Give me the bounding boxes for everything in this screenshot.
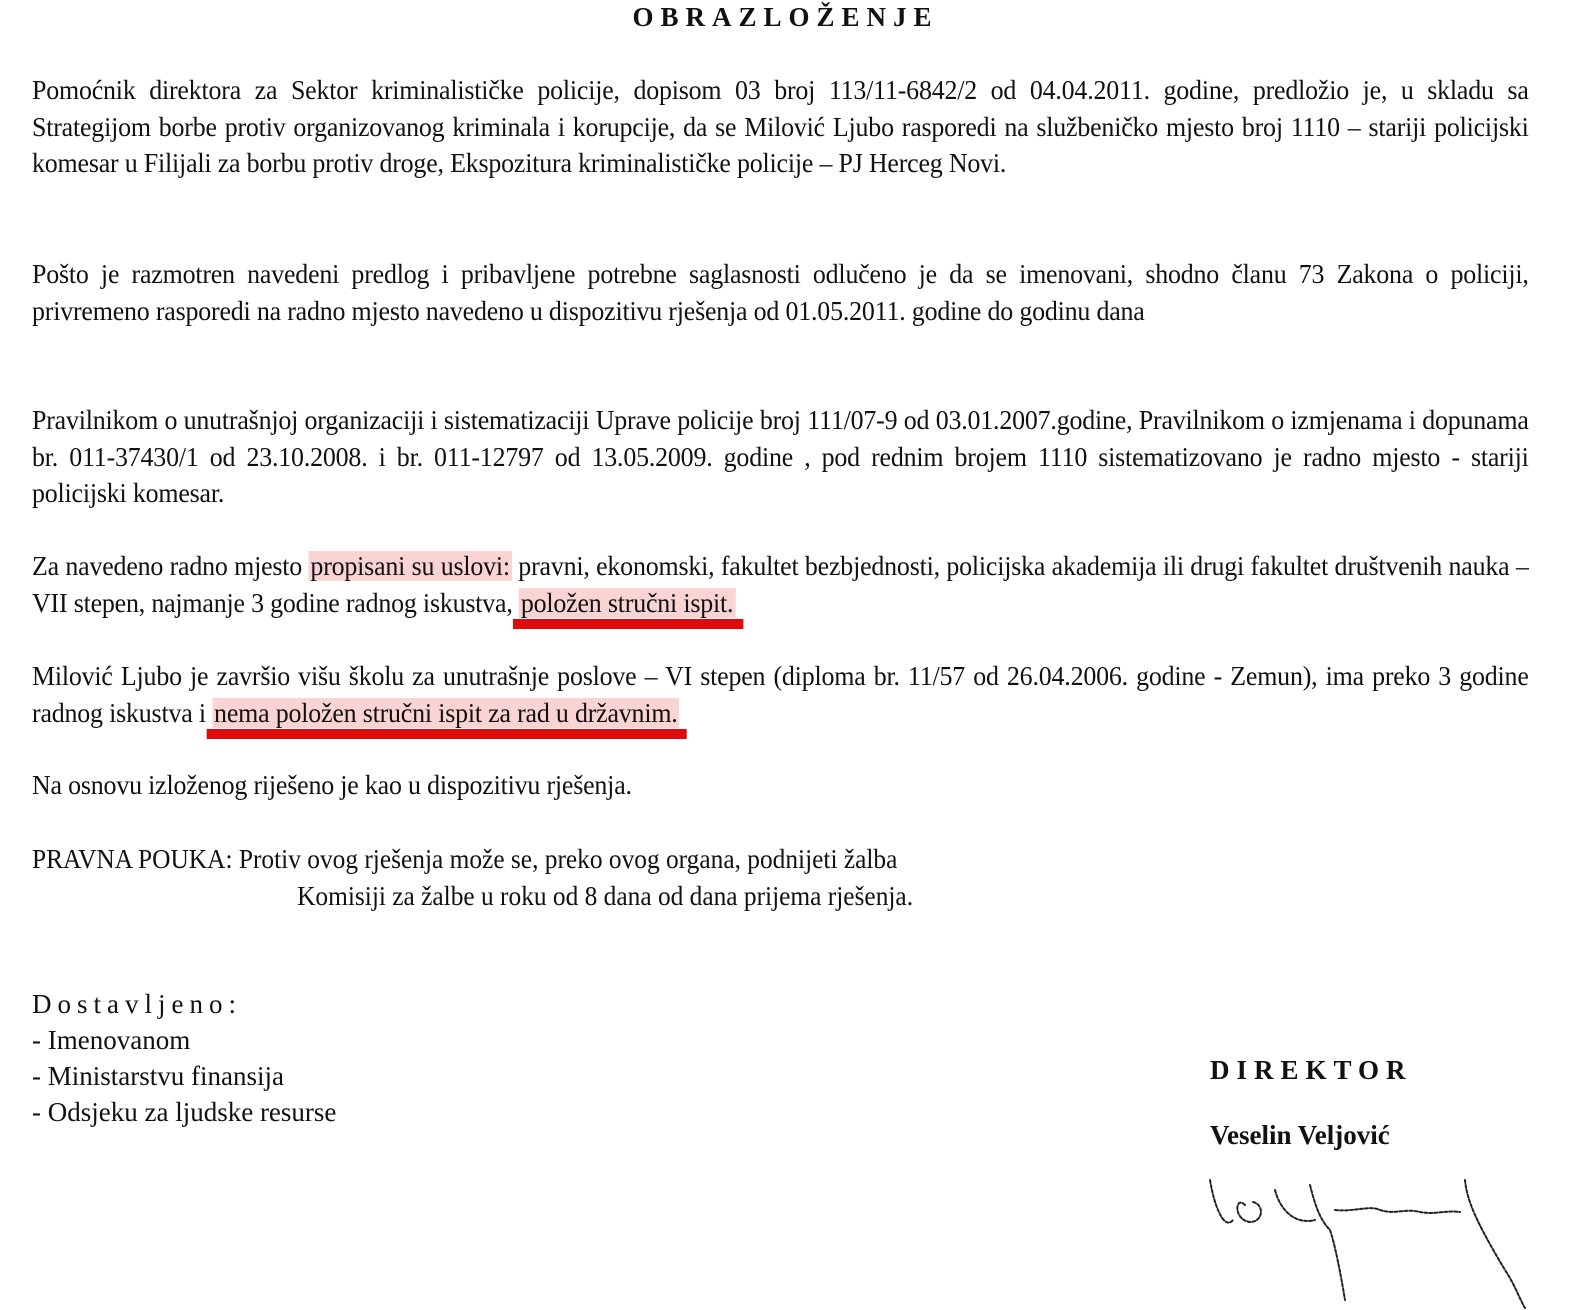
highlight-requirements: propisani su uslovi:: [309, 551, 512, 581]
highlight-exam-missing: nema položen stručni ispit za rad u drža…: [212, 698, 679, 728]
highlight-exam-required: položen stručni ispit.: [519, 588, 735, 618]
paragraph-requirements: Za navedeno radno mjesto propisani su us…: [32, 548, 1529, 621]
paragraph-candidate: Milović Ljubo je završio višu školu za u…: [32, 658, 1529, 731]
delivered-to: Dostavljeno: - Imenovanom - Ministarstvu…: [32, 986, 336, 1130]
handwritten-signature-icon: [1205, 1150, 1535, 1310]
signatory-role: DIREKTOR: [1210, 1055, 1413, 1086]
legal-notice: PRAVNA POUKA: Protiv ovog rješenja može …: [32, 841, 913, 914]
signatory-name: Veselin Veljović: [1210, 1120, 1413, 1151]
signature-block: DIREKTOR Veselin Veljović: [1210, 1055, 1413, 1151]
paragraph-proposal: Pomoćnik direktora za Sektor kriminalist…: [32, 72, 1529, 182]
paragraph-regulations: Pravilnikom o unutrašnjoj organizaciji i…: [32, 402, 1529, 512]
legal-notice-line2: Komisiji za žalbe u roku od 8 dana od da…: [32, 878, 913, 915]
delivered-to-item: - Imenovanom: [32, 1022, 336, 1058]
delivered-to-item: - Odsjeku za ljudske resurse: [32, 1094, 336, 1130]
paragraph-decision: Pošto je razmotren navedeni predlog i pr…: [32, 256, 1529, 329]
paragraph-conclusion: Na osnovu izloženog riješeno je kao u di…: [32, 767, 1529, 804]
requirements-intro: Za navedeno radno mjesto: [32, 551, 309, 581]
delivered-to-item: - Ministarstvu finansija: [32, 1058, 336, 1094]
document-title: OBRAZLOŽENJE: [0, 2, 1583, 33]
legal-notice-line1: PRAVNA POUKA: Protiv ovog rješenja može …: [32, 841, 913, 878]
delivered-to-heading: Dostavljeno:: [32, 986, 336, 1022]
